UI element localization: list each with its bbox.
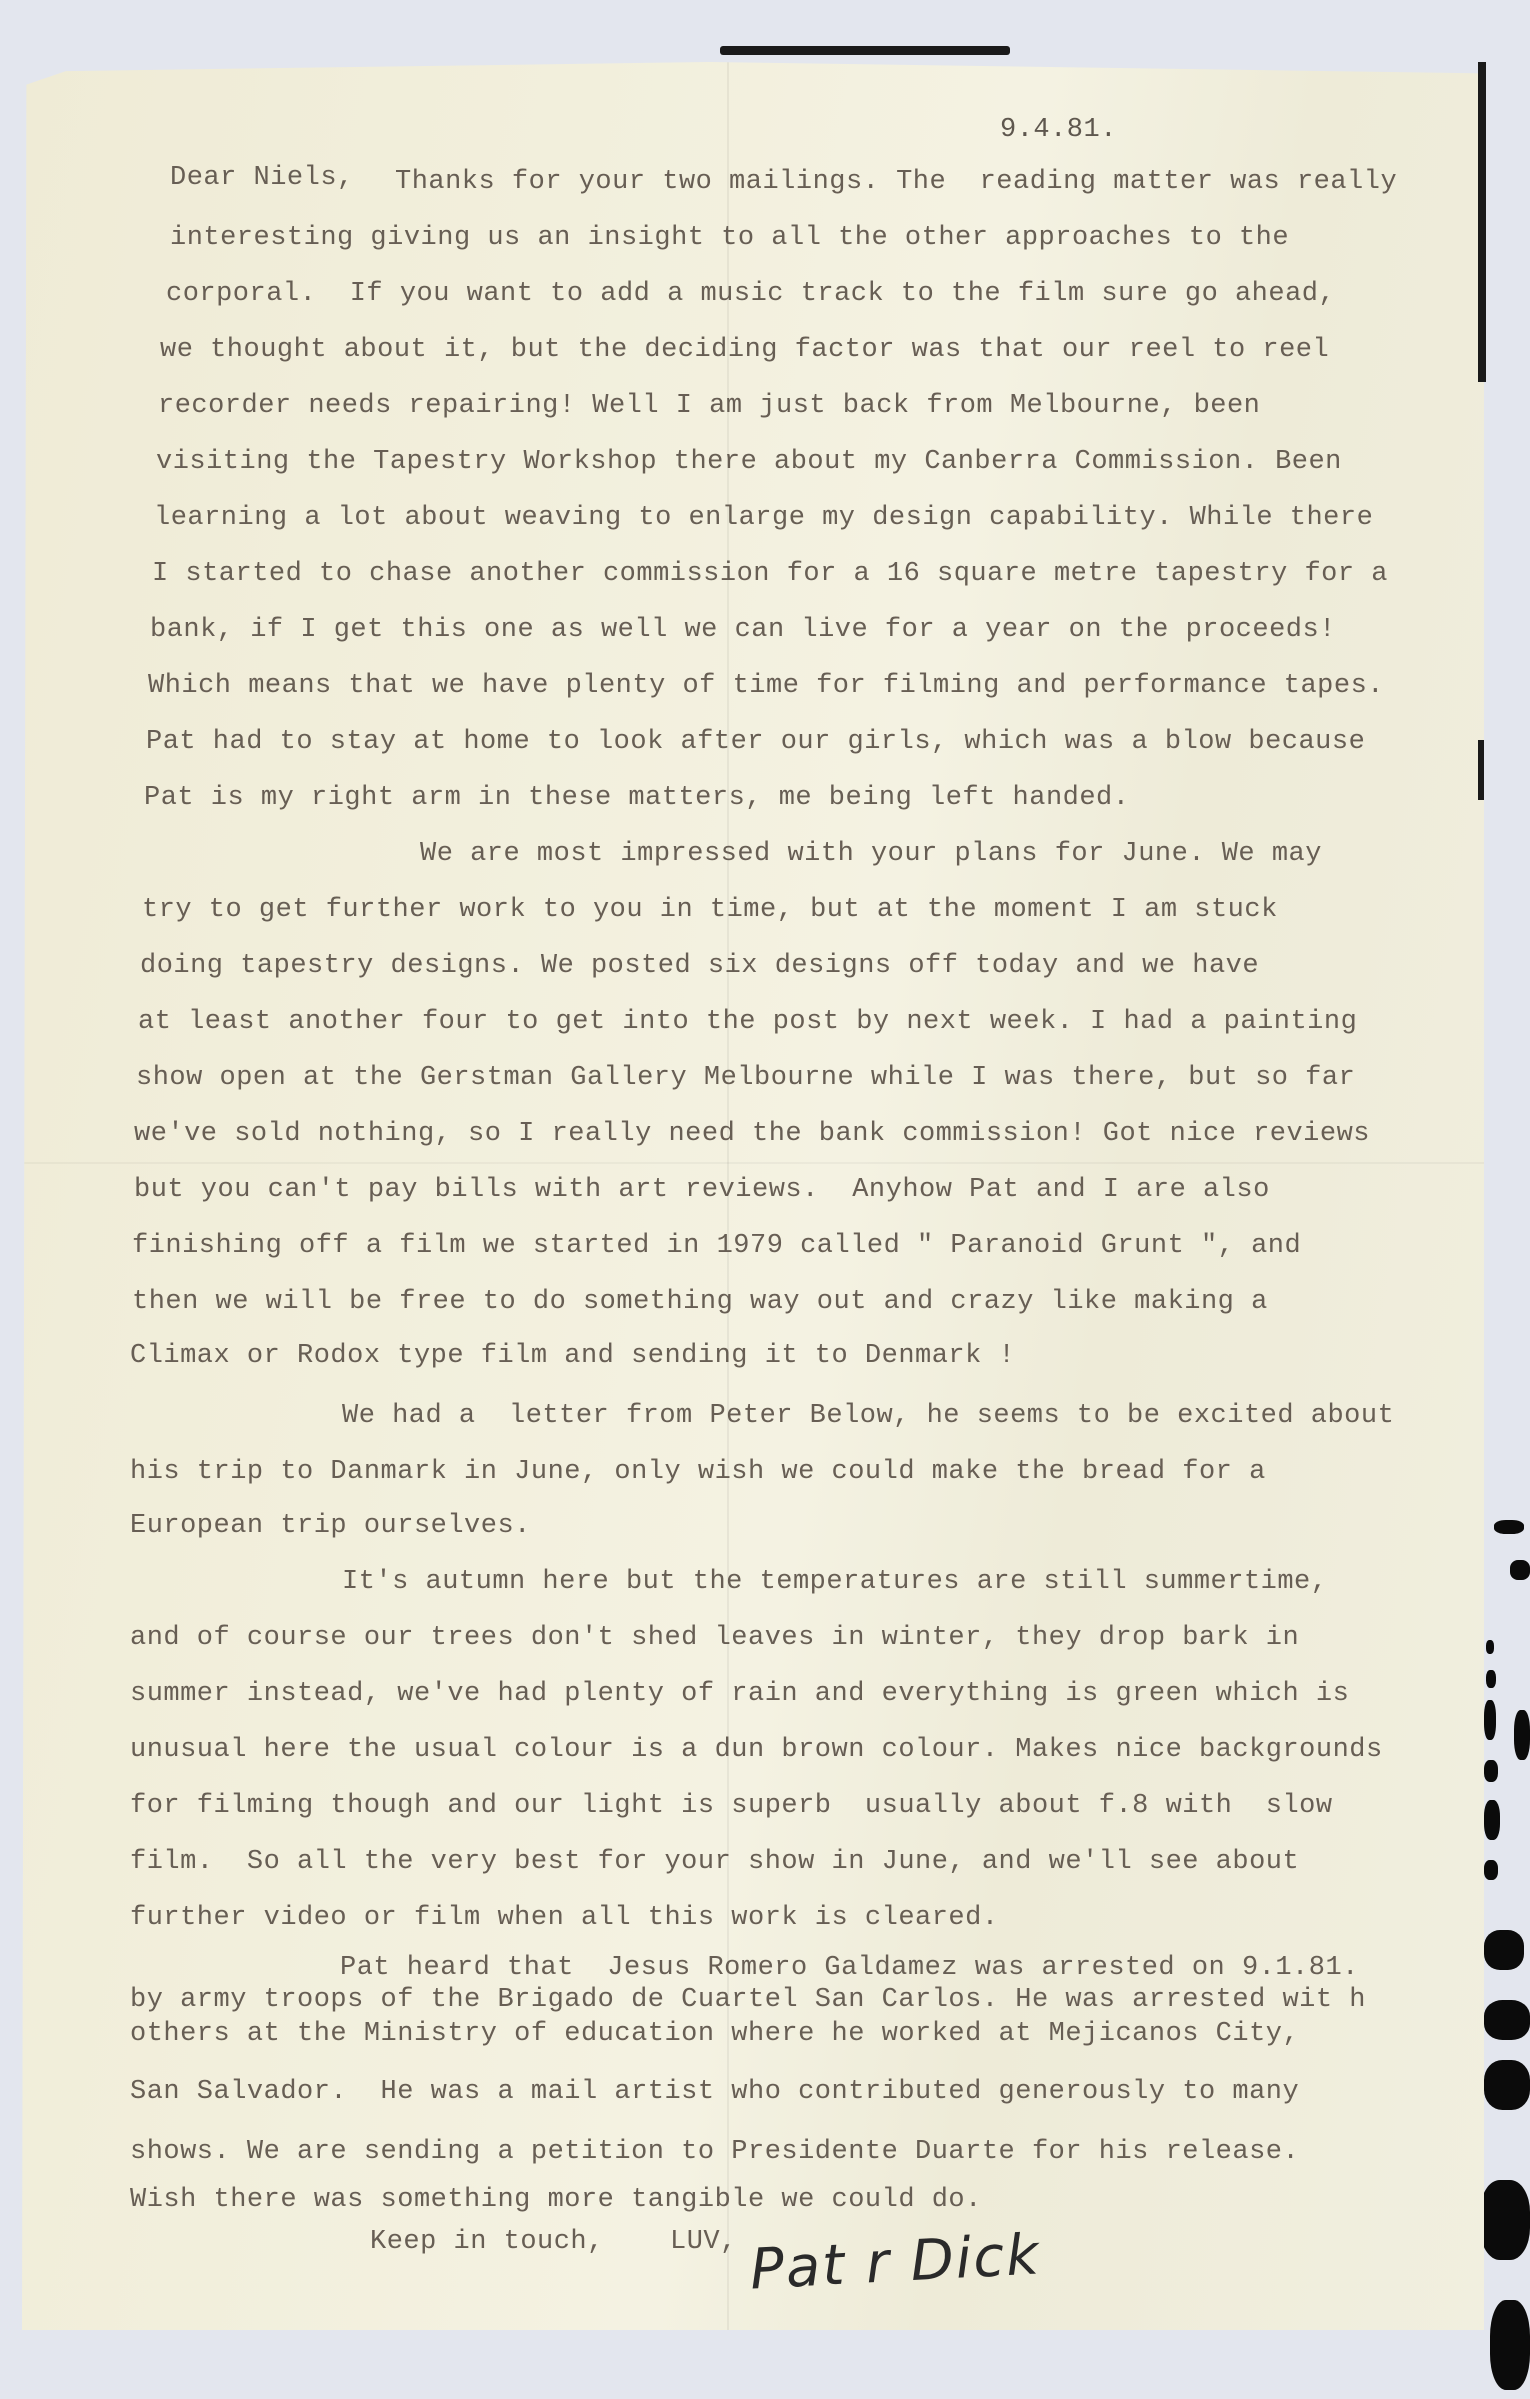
paper-edge-shadow — [720, 46, 1010, 55]
text-line: corporal. If you want to add a music tra… — [166, 279, 1335, 309]
text-line: shows. We are sending a petition to Pres… — [130, 2137, 1299, 2167]
text-line: finishing off a film we started in 1979 … — [132, 1231, 1301, 1261]
text-line: We are most impressed with your plans fo… — [420, 839, 1322, 869]
salutation: Dear Niels, — [170, 163, 354, 193]
text-line: by army troops of the Brigado de Cuartel… — [130, 1985, 1366, 2015]
text-line: Thanks for your two mailings. The readin… — [395, 167, 1397, 197]
text-line: summer instead, we've had plenty of rain… — [130, 1679, 1349, 1709]
paper-edge-shadow — [1478, 62, 1486, 382]
closing: Keep in touch, — [370, 2227, 604, 2257]
text-line: but you can't pay bills with art reviews… — [134, 1175, 1270, 1205]
text-line: Wish there was something more tangible w… — [130, 2185, 982, 2215]
text-line: Climax or Rodox type film and sending it… — [130, 1341, 1015, 1371]
text-line: we've sold nothing, so I really need the… — [134, 1119, 1370, 1149]
text-line: unusual here the usual colour is a dun b… — [130, 1735, 1383, 1765]
text-line: recorder needs repairing! Well I am just… — [158, 391, 1260, 421]
text-line: interesting giving us an insight to all … — [170, 223, 1289, 253]
letter-date: 9.4.81. — [1000, 115, 1117, 145]
love-closing: LUV, — [670, 2227, 737, 2257]
fold-crease — [22, 1162, 1484, 1164]
text-line: for filming though and our light is supe… — [130, 1791, 1333, 1821]
text-line: bank, if I get this one as well we can l… — [150, 615, 1336, 645]
text-line: Pat had to stay at home to look after ou… — [146, 727, 1365, 757]
text-line: further video or film when all this work… — [130, 1903, 999, 1933]
text-line: It's autumn here but the temperatures ar… — [342, 1567, 1327, 1597]
text-line: film. So all the very best for your show… — [130, 1847, 1299, 1877]
text-line: We had a letter from Peter Below, he see… — [342, 1401, 1394, 1431]
text-line: Pat is my right arm in these matters, me… — [144, 783, 1129, 813]
text-line: try to get further work to you in time, … — [142, 895, 1278, 925]
text-line: European trip ourselves. — [130, 1511, 531, 1541]
text-line: I started to chase another commission fo… — [152, 559, 1388, 589]
text-line: at least another four to get into the po… — [138, 1007, 1357, 1037]
text-line: visiting the Tapestry Workshop there abo… — [156, 447, 1342, 477]
text-line: learning a lot about weaving to enlarge … — [154, 503, 1373, 533]
background-artwork — [1480, 1480, 1530, 2399]
text-line: San Salvador. He was a mail artist who c… — [130, 2077, 1299, 2107]
text-line: others at the Ministry of education wher… — [130, 2019, 1299, 2049]
paper-edge-shadow — [1478, 740, 1484, 800]
text-line: we thought about it, but the deciding fa… — [160, 335, 1329, 365]
text-line: Which means that we have plenty of time … — [148, 671, 1384, 701]
text-line: Pat heard that Jesus Romero Galdamez was… — [340, 1953, 1359, 1983]
text-line: doing tapestry designs. We posted six de… — [140, 951, 1259, 981]
text-line: and of course our trees don't shed leave… — [130, 1623, 1299, 1653]
text-line: show open at the Gerstman Gallery Melbou… — [136, 1063, 1355, 1093]
text-line: his trip to Danmark in June, only wish w… — [130, 1457, 1266, 1487]
text-line: then we will be free to do something way… — [132, 1287, 1268, 1317]
